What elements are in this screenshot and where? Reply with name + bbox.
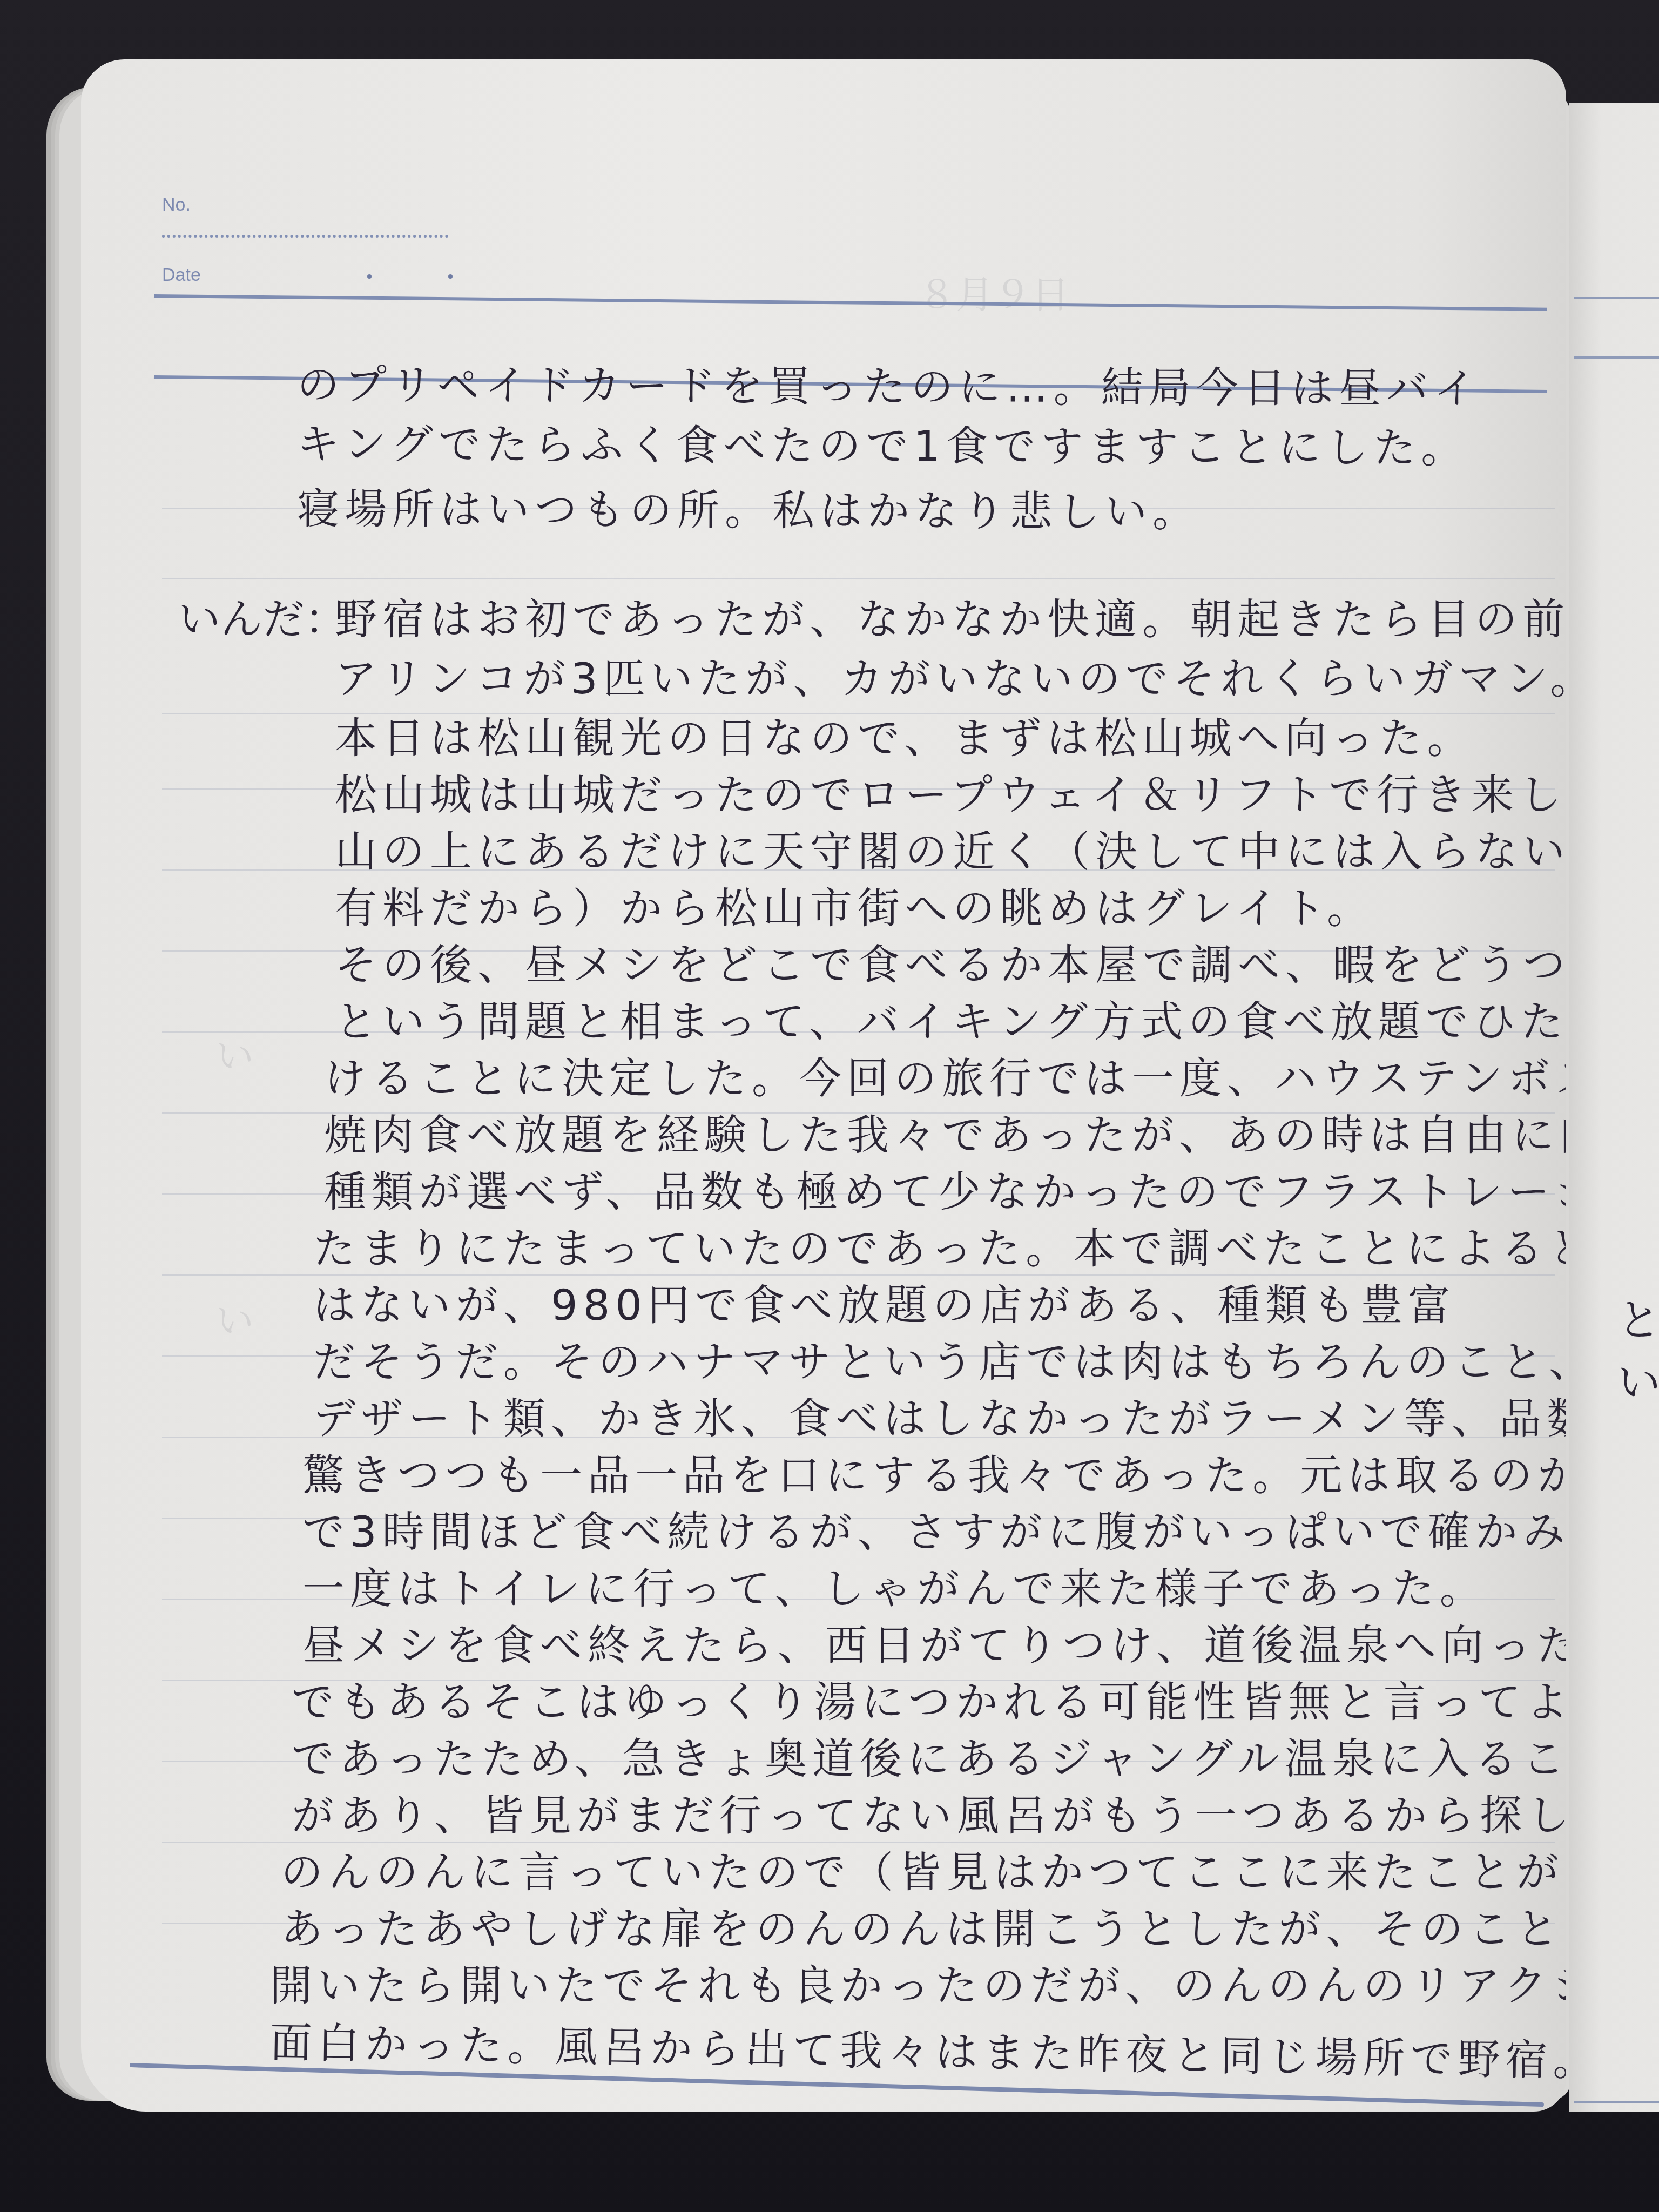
entry-line: で3時間ほど食べ続けるが、さすがに腹がいっぱいで確かみんな <box>302 1499 1566 1559</box>
entry-line: 種類が選べず、品数も極めて少なかったのでフラストレーションが <box>324 1158 1566 1219</box>
entry-line: だそうだ。そのハナマサという店では肉はもちろんのこと、フルーチェといった <box>313 1328 1566 1389</box>
entry-line: 有料だから）から松山市街への眺めはグレイト。 <box>335 875 1374 935</box>
photo-scene: とい ８月９日 い い No. Date <box>0 0 1659 2212</box>
entry-line: あったあやしげな扉をのんのんは開こうとしたが、そのことについてはのんのん参照。 <box>281 1896 1566 1956</box>
adjacent-page-text: とい <box>1617 1285 1659 1410</box>
entry-line: 一度はトイレに行って、しゃがんで来た様子であった。 <box>302 1555 1487 1616</box>
entry-line: その後、昼メシをどこで食べるか本屋で調べ、暇をどうつぶすか <box>335 932 1566 992</box>
entry-line: があり、皆見がまだ行ってない風呂がもう一つあるから探してみたらなどと私と <box>292 1782 1566 1843</box>
entry-line: 野宿はお初であったが、なかなか快適。朝起きたら目の前を <box>335 586 1566 646</box>
entry-line: 開いたら開いたでそれも良かったのだが、のんのんのリアクションはなかなか <box>270 1952 1566 2013</box>
entry-line: のプリペイドカードを買ったのに…。結局今日は昼バイ <box>297 351 1481 416</box>
adjacent-page-rule <box>1574 297 1659 299</box>
entry-line: でもあるそこはゆっくり湯につかれる可能性皆無と言ってよいほどの人だかり <box>292 1669 1566 1729</box>
entry-line: 松山城は山城だったのでロープウェイ＆リフトで行き来した。 <box>335 761 1566 822</box>
entry-line: はないが、980円で食べ放題の店がある、種類も豊富 <box>313 1272 1455 1332</box>
entry-line: 山の上にあるだけに天守閣の近く（決して中には入らない我々 <box>335 818 1566 879</box>
entry-line: という問題と相まって、バイキング方式の食べ放題でひたすら食い続 <box>335 988 1566 1049</box>
entry-line: けることに決定した。今回の旅行では一度、ハウステンボス駅近くの <box>324 1045 1566 1105</box>
entry-line: アリンコが3匹いたが、カがいないのでそれくらいガマン。 <box>335 645 1566 706</box>
entry-line: 寝場所はいつもの所。私はかなり悲しい。 <box>297 475 1200 539</box>
entry-line: であったため、急きょ奥道後にあるジャングル温泉に入ることにする。沢山の風呂 <box>292 1725 1566 1786</box>
entry-line: 驚きつつも一品一品を口にする我々であった。元は取るのが我々の流儀 <box>302 1442 1566 1502</box>
entry-line: 焼肉食べ放題を経験した我々であったが、あの時は自由に肉の <box>324 1102 1566 1162</box>
entry-line: キングでたらふく食べたので1食ですますことにした。 <box>297 410 1469 475</box>
speaker-label: いんだ： <box>178 586 347 646</box>
notebook-page: ８月９日 い い No. Date のプリペイドカードを買 <box>81 59 1566 2112</box>
adjacent-page: とい <box>1569 103 1659 2112</box>
entry-line: 昼メシを食べ終えたら、西日がてりつけ、道後温泉へ向った。が、観光名所 <box>302 1612 1566 1673</box>
entry-line: デザート類、かき氷、食べはしなかったがラーメン等、品数の多さに <box>313 1385 1566 1446</box>
entry-line: のんのんに言っていたので（皆見はかつてここに来たことがある）、風呂のはじに <box>281 1839 1566 1899</box>
entry-line: 本日は松山観光の日なので、まずは松山城へ向った。 <box>335 705 1474 765</box>
adjacent-page-rule <box>1574 2101 1659 2103</box>
handwritten-entry: のプリペイドカードを買ったのに…。結局今日は昼バイ キングでたらふく食べたので1… <box>81 59 1566 2112</box>
entry-line: たまりにたまっていたのであった。本で調べたことによると、あまり近くで <box>313 1215 1566 1276</box>
adjacent-page-rule <box>1574 356 1659 359</box>
